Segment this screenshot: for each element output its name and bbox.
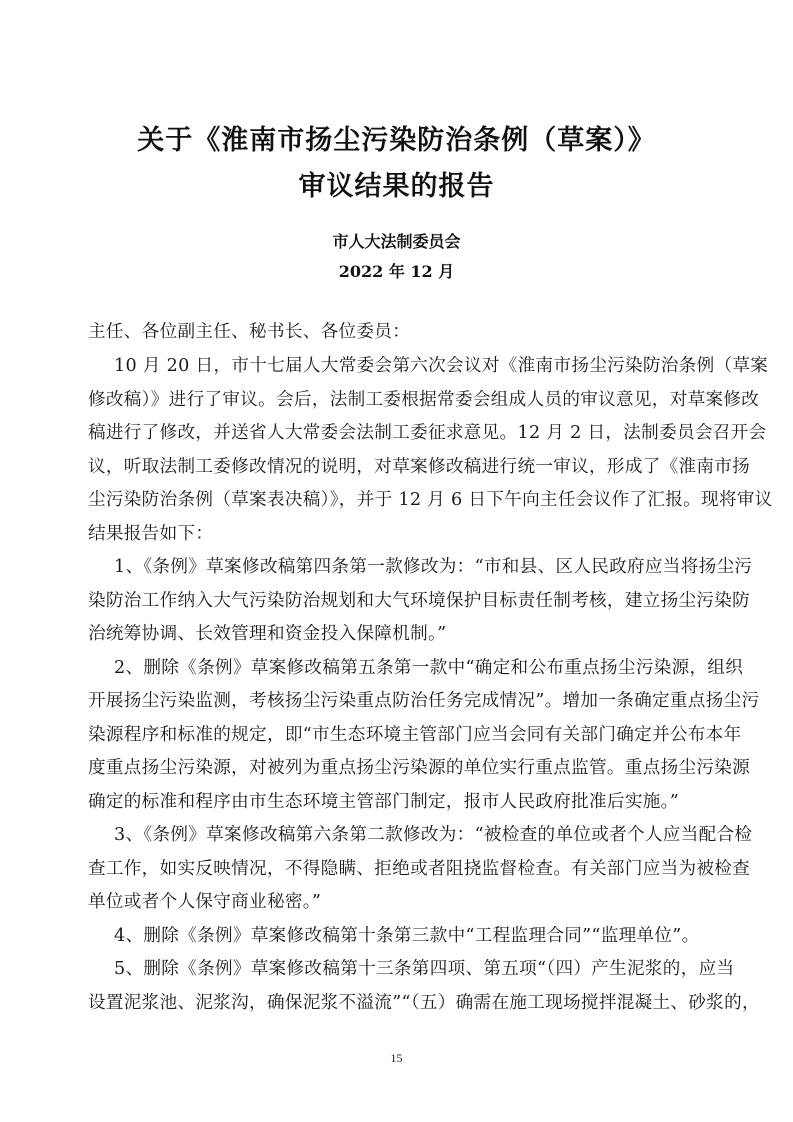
body-line: 度重点扬尘污染源，对被列为重点扬尘污染源的单位实行重点监管。重点扬尘污染源	[88, 754, 708, 779]
body-line: 查工作，如实反映情况，不得隐瞒、拒绝或者阻挠监督检查。有关部门应当为被检查	[88, 855, 708, 880]
body-line: 治统筹协调、长效管理和资金投入保障机制。”	[88, 620, 708, 645]
issuer: 市人大法制委员会	[0, 229, 793, 252]
body-line: 尘污染防治条例（草案表决稿）》，并于 12 月 6 日下午向主任会议作了汇报。现…	[88, 486, 708, 511]
body-line: 单位或者个人保守商业秘密。”	[88, 888, 708, 913]
document-title-line-2: 审议结果的报告	[0, 164, 793, 203]
document-title-line-1: 关于《淮南市扬尘污染防治条例（草案）》	[0, 118, 793, 157]
body-line: 议，听取法制工委修改情况的说明，对草案修改稿进行统一审议，形成了《淮南市扬	[88, 453, 708, 478]
body-line: 开展扬尘污染监测，考核扬尘污染重点防治任务完成情况”。增加一条确定重点扬尘污	[88, 687, 708, 712]
body-line: 10 月 20 日，市十七届人大常委会第六次会议对《淮南市扬尘污染防治条例（草案	[114, 352, 708, 377]
date: 2022 年 12 月	[0, 259, 793, 282]
list-item-2: 2、删除《条例》草案修改稿第五条第一款中“确定和公布重点扬尘污染源，组织	[114, 654, 708, 679]
list-item-4: 4、删除《条例》草案修改稿第十条第三款中“工程监理合同”“监理单位”。	[114, 922, 708, 947]
list-item-5: 5、删除《条例》草案修改稿第十三条第四项、第五项“（四）产生泥浆的，应当	[114, 955, 708, 980]
body-line: 修改稿）》进行了审议。会后，法制工委根据常委会组成人员的审议意见，对草案修改	[88, 386, 708, 411]
body-line: 稿进行了修改，并送省人大常委会法制工委征求意见。12 月 2 日，法制委员会召开…	[88, 419, 708, 444]
body-line: 设置泥浆池、泥浆沟，确保泥浆不溢流”“（五）确需在施工现场搅拌混凝土、砂浆的，	[88, 989, 708, 1014]
body-line: 结果报告如下：	[88, 520, 708, 545]
body-line: 染防治工作纳入大气污染防治规划和大气环境保护目标责任制考核，建立扬尘污染防	[88, 587, 708, 612]
salutation: 主任、各位副主任、秘书长、各位委员：	[88, 318, 708, 343]
body-line: 确定的标准和程序由市生态环境主管部门制定，报市人民政府批准后实施。”	[88, 788, 708, 813]
body-line: 染源程序和标准的规定，即“市生态环境主管部门应当会同有关部门确定并公布本年	[88, 721, 708, 746]
list-item-3: 3、《条例》草案修改稿第六条第二款修改为：“被检查的单位或者个人应当配合检	[114, 821, 708, 846]
list-item-1: 1、《条例》草案修改稿第四条第一款修改为：“市和县、区人民政府应当将扬尘污	[114, 553, 708, 578]
page-number: 15	[0, 1051, 793, 1066]
